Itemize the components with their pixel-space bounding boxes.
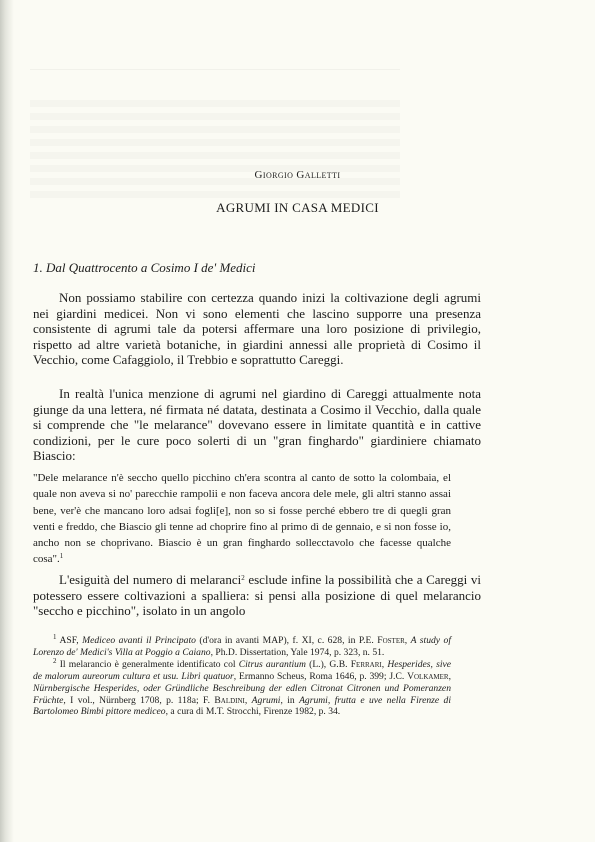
paragraph-3: L'esiguità del numero di melaranci2 escl… xyxy=(33,572,481,619)
footnote-text: (d'ora in avanti MAP), f. XI, c. 628, in… xyxy=(196,635,377,646)
footnote-text: (L.), G.B. xyxy=(306,659,351,670)
footnote-text: Agrumi xyxy=(252,695,281,706)
footnote-2: 2 Il melarancio è generalmente identific… xyxy=(33,659,451,719)
paragraph-3-start: L'esiguità del numero di melaranci xyxy=(59,572,241,587)
footnote-text: Mediceo avanti il Principato xyxy=(82,635,196,646)
footnote-text: Ferrari xyxy=(351,659,382,670)
footnotes: 1 ASF, Mediceo avanti il Principato (d'o… xyxy=(33,635,451,718)
quote-text: "Dele melarance n'è seccho quello picchi… xyxy=(33,472,451,565)
footnote-text: , Ermanno Scheus, Roma 1646, p. 399; J.C… xyxy=(234,671,407,682)
footnote-text: Foster xyxy=(377,635,405,646)
paragraph-2: In realtà l'unica menzione di agrumi nel… xyxy=(33,386,481,464)
author-name: Giorgio Galletti xyxy=(0,169,595,181)
footnote-text: , xyxy=(449,671,451,682)
footnote-number: 2 xyxy=(53,657,57,665)
article-title: AGRUMI IN CASA MEDICI xyxy=(0,200,595,216)
footnote-text: , xyxy=(245,695,252,706)
footnote-text: Volkamer xyxy=(407,671,449,682)
footnote-text: Baldini xyxy=(214,695,245,706)
footnote-text: , in xyxy=(280,695,299,706)
footnote-text: Il melarancio è generalmente identificat… xyxy=(60,659,239,670)
footnote-number: 1 xyxy=(53,633,57,641)
show-through-header-rule xyxy=(30,69,400,70)
section-heading: 1. Dal Quattrocento a Cosimo I de' Medic… xyxy=(33,260,256,276)
block-quote: "Dele melarance n'è seccho quello picchi… xyxy=(33,470,451,568)
page-binding-shadow xyxy=(0,0,14,842)
show-through-text xyxy=(30,100,400,200)
footnote-text: , a cura di M.T. Strocchi, Firenze 1982,… xyxy=(166,706,341,717)
footnote-text: ASF, xyxy=(59,635,82,646)
footnote-1: 1 ASF, Mediceo avanti il Principato (d'o… xyxy=(33,635,451,659)
footnote-text: , I vol., Nürnberg 1708, p. 118a; F. xyxy=(63,695,214,706)
footnote-text: Citrus aurantium xyxy=(239,659,306,670)
footnote-ref-1[interactable]: 1 xyxy=(60,552,64,560)
paragraph-1: Non possiamo stabilire con certezza quan… xyxy=(33,290,481,368)
footnote-text: , Ph.D. Dissertation, Yale 1974, p. 323,… xyxy=(211,647,385,658)
